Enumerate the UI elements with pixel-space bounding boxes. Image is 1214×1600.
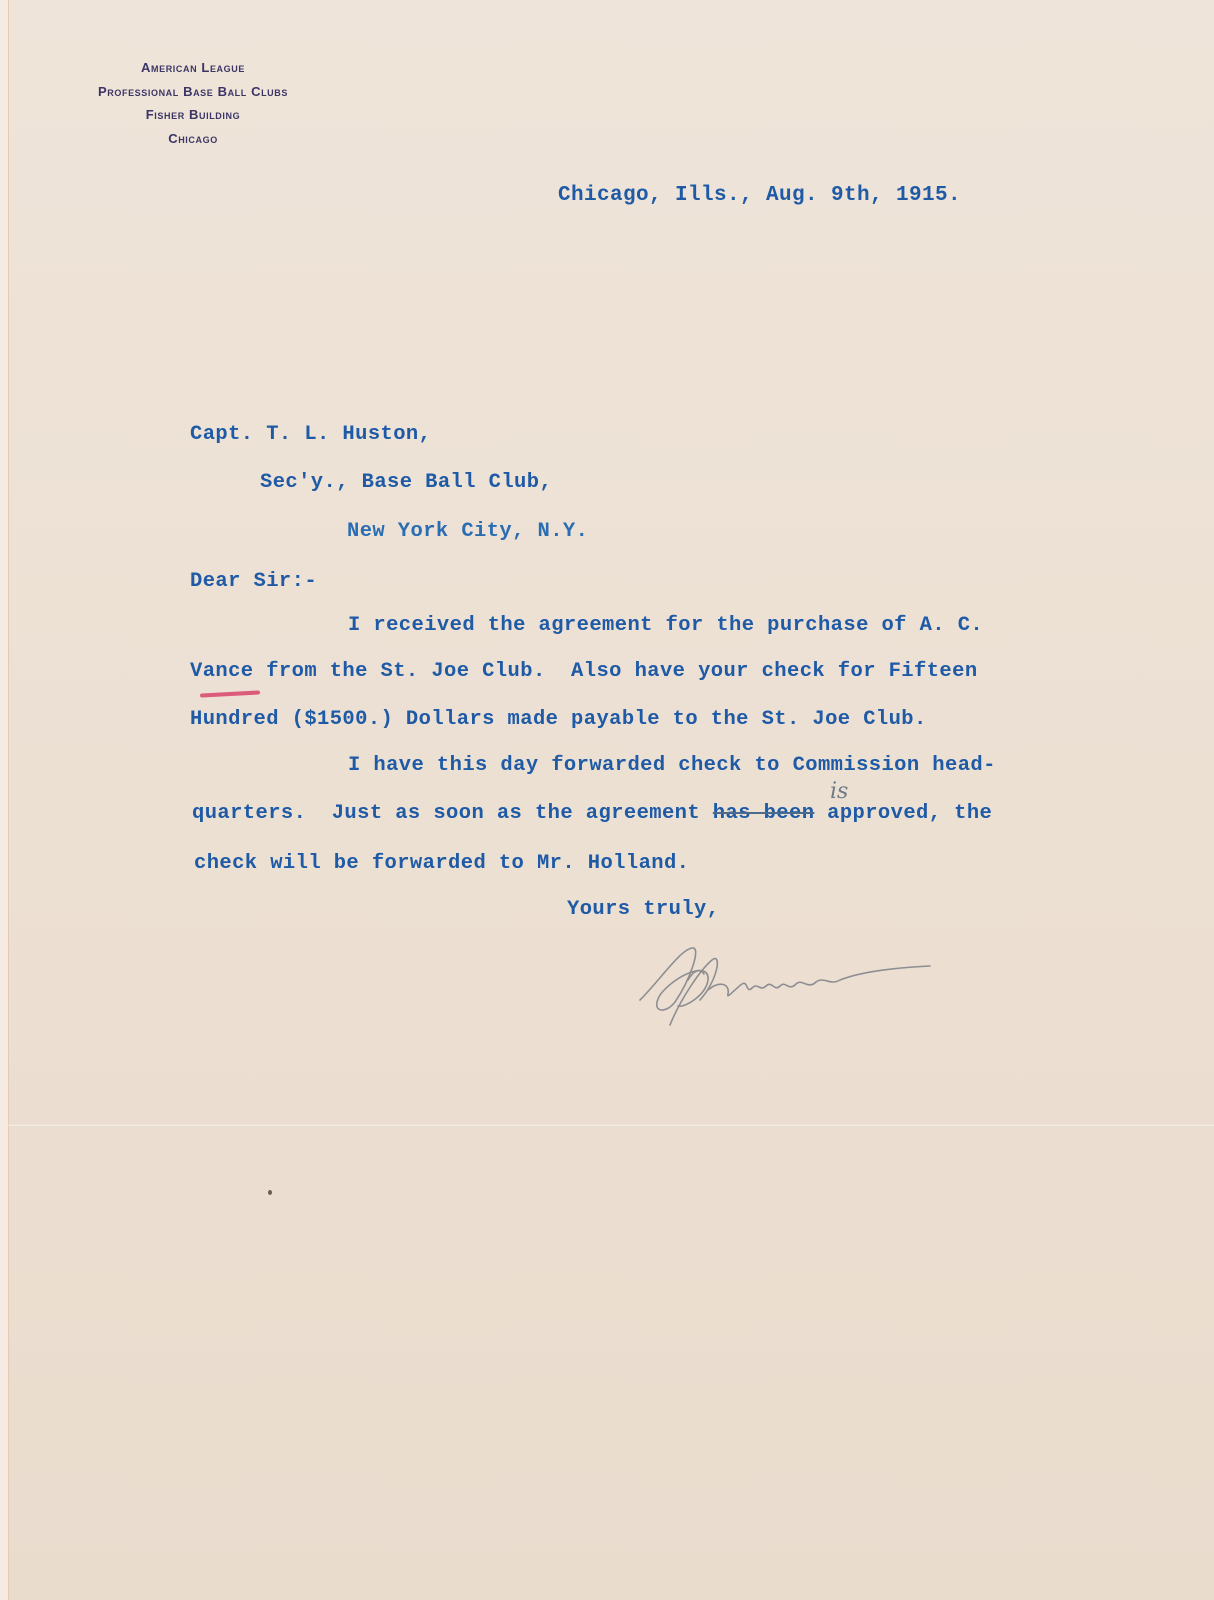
body-line: I received the agreement for the purchas…: [348, 614, 983, 637]
body-line: quarters. Just as soon as the agreement …: [192, 802, 992, 825]
paper-edge: [0, 0, 9, 1600]
recipient-name: Capt. T. L. Huston,: [190, 423, 431, 446]
body-line: Hundred ($1500.) Dollars made payable to…: [190, 708, 927, 731]
body-line: I have this day forwarded check to Commi…: [348, 754, 996, 777]
fold-crease: [8, 1124, 1214, 1127]
salutation: Dear Sir:-: [190, 570, 317, 593]
body-line: check will be forwarded to Mr. Holland.: [194, 852, 689, 875]
paper-speck: [268, 1190, 272, 1195]
struck-text: has been: [713, 802, 815, 825]
signature-icon: [630, 940, 950, 1040]
body-text: approved, the: [814, 802, 992, 825]
dateline: Chicago, Ills., Aug. 9th, 1915.: [558, 184, 961, 207]
letterhead-clubs: Professional Base Ball Clubs: [48, 80, 338, 104]
letterhead-building: Fisher Building: [48, 103, 338, 127]
letter-paper: [8, 0, 1214, 1600]
body-text: quarters. Just as soon as the agreement: [192, 802, 713, 825]
letterhead: American League Professional Base Ball C…: [48, 56, 338, 150]
handwritten-insert: is: [830, 779, 848, 804]
closing: Yours truly,: [567, 898, 719, 921]
letterhead-city: Chicago: [48, 127, 338, 151]
letterhead-org: American League: [48, 56, 338, 80]
recipient-title: Sec'y., Base Ball Club,: [260, 471, 552, 494]
body-line: Vance from the St. Joe Club. Also have y…: [190, 660, 978, 683]
recipient-city: New York City, N.Y.: [347, 520, 588, 543]
